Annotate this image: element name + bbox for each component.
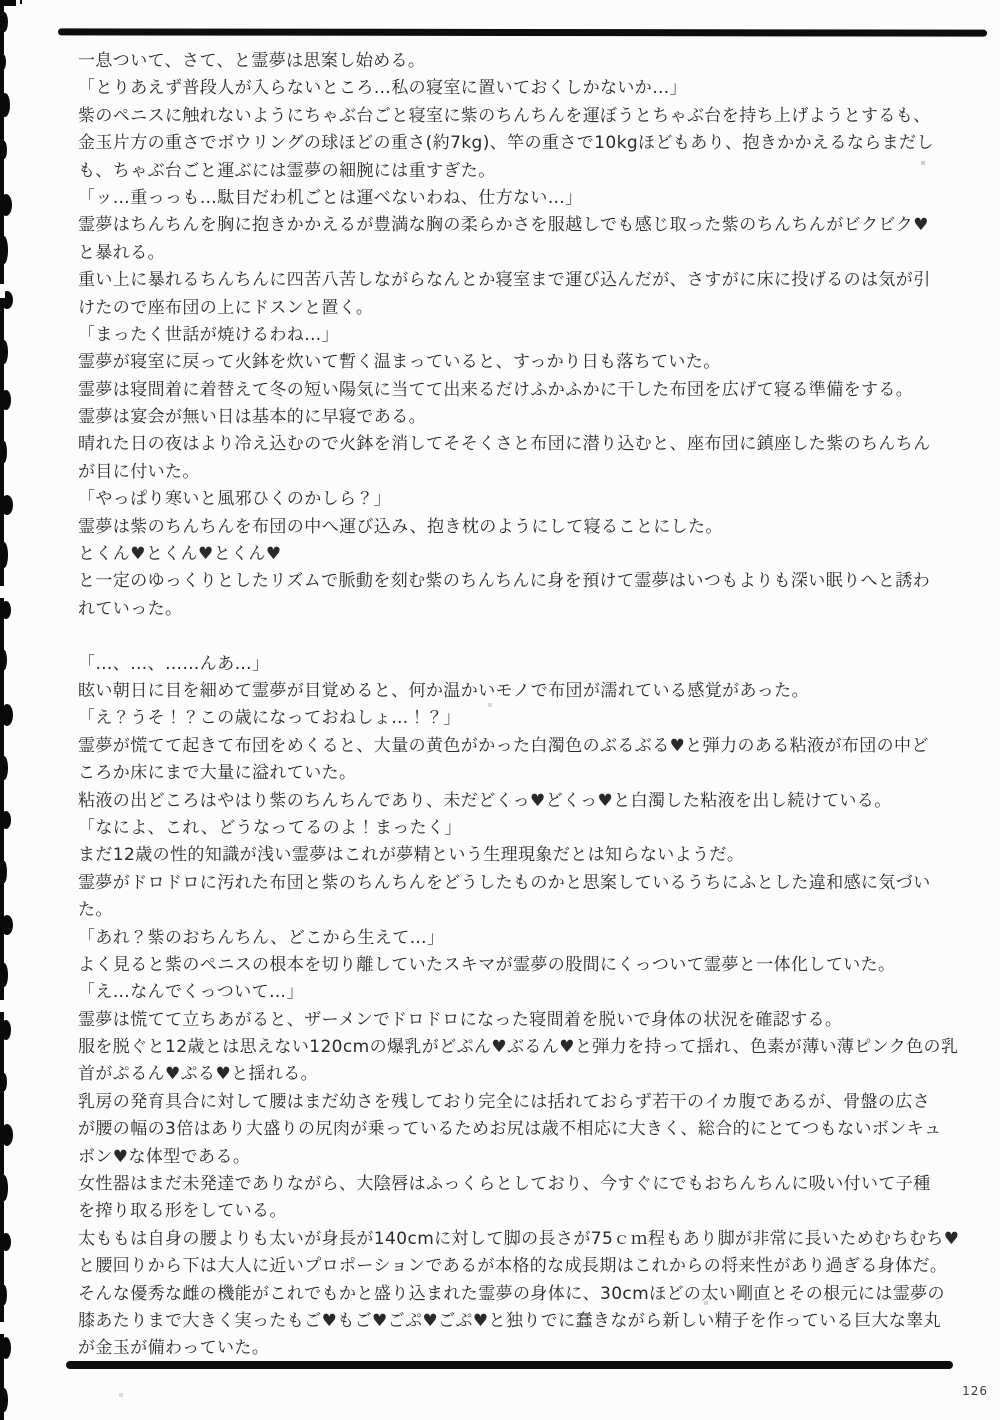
text-line: 「あれ？紫のおちんちん、どこから生えて…」 [78,925,992,952]
text-line [78,623,992,650]
text-line: 「ッ…重っっも…駄目だわ机ごとは運べないわね、仕方ない…」 [78,185,992,212]
text-line: 「とりあえず普段人が入らないところ…私の寝室に置いておくしかないか…」 [78,75,992,102]
text-line: とくん♥とくん♥とくん♥ [78,541,992,568]
text-line: けたので座布団の上にドスンと置く。 [78,295,992,322]
text-line: と腰回りから下は大人に近いプロポーションであるが本格的な成長期はこれからの将来性… [78,1253,992,1280]
text-line: 首がぷるん♥ぷる♥と揺れる。 [78,1061,992,1088]
document-page: 一息ついて、さて、と霊夢は思案し始める。「とりあえず普段人が入らないところ…私の… [0,0,1000,1420]
top-rule [58,28,987,36]
page-edge-artifact [0,0,22,1420]
text-line: が腰の幅の3倍はあり大盛りの尻肉が乗っているためお尻は歳不相応に大きく、総合的に… [78,1116,992,1143]
text-line: 重い上に暴れるちんちんに四苦八苦しながらなんとか寝室まで運び込んだが、さすがに床… [78,267,992,294]
text-line: を搾り取る形をしている。 [78,1198,992,1225]
text-line: た。 [78,897,992,924]
text-line: 膝あたりまで大きく実ったもご♥もご♥ごぷ♥ごぷ♥と独りでに蠢きながら新しい精子を… [78,1308,992,1335]
text-line: 霊夢がドロドロに汚れた布団と紫のちんちんをどうしたものかと思案しているうちにふと… [78,870,992,897]
text-line: 金玉片方の重さでボウリングの球ほどの重さ(約7kg)、竿の重さで10kgほどもあ… [78,130,992,157]
text-line: 「なによ、これ、どうなってるのよ！まったく」 [78,815,992,842]
text-line: 霊夢は寝間着に着替えて冬の短い陽気に当てて出来るだけふかふかに干した布団を広げて… [78,377,992,404]
text-line: 太ももは自身の腰よりも太いが身長が140cmに対して脚の長さが75ｃｍ程もあり脚… [78,1226,992,1253]
text-line: 「やっぱり寒いと風邪ひくのかしら？」 [78,486,992,513]
text-line: ころか床にまで大量に溢れていた。 [78,760,992,787]
text-line: と暴れる。 [78,240,992,267]
text-line: 「え？うそ！？この歳になっておねしょ…！？」 [78,705,992,732]
text-line: 霊夢は宴会が無い日は基本的に早寝である。 [78,404,992,431]
page-number: 126 [962,1384,988,1398]
text-line: 晴れた日の夜はより冷え込むので火鉢を消してそそくさと布団に潜り込むと、座布団に鎮… [78,431,992,458]
text-line: と一定のゆっくりとしたリズムで脈動を刻む紫のちんちんに身を預けて霊夢はいつもより… [78,568,992,595]
text-line: 粘液の出どころはやはり紫のちんちんであり、未だどくっ♥どくっ♥と白濁した粘液を出… [78,788,992,815]
text-line: 「まったく世話が焼けるわね…」 [78,322,992,349]
text-line: 霊夢はちんちんを胸に抱きかかえるが豊満な胸の柔らかさを服越しでも感じ取った紫のち… [78,212,992,239]
text-line: 紫のペニスに触れないようにちゃぶ台ごと寝室に紫のちんちんを運ぼうとちゃぶ台を持ち… [78,103,992,130]
text-line: そんな優秀な雌の機能がこれでもかと盛り込まれた霊夢の身体に、30cmほどの太い剛… [78,1281,992,1308]
paper-noise-specks [0,0,2,2]
text-line: 一息ついて、さて、と霊夢は思案し始める。 [78,48,992,75]
text-line: 霊夢は紫のちんちんを布団の中へ運び込み、抱き枕のようにして寝ることにした。 [78,514,992,541]
text-line: れていった。 [78,596,992,623]
text-line: 女性器はまだ未発達でありながら、大陰唇はふっくらとしており、今すぐにでもおちんち… [78,1171,992,1198]
text-line: 霊夢が慌てて起きて布団をめくると、大量の黄色がかった白濁色のぶるぶる♥と弾力のあ… [78,733,992,760]
text-line: 「…、…、……んあ…」 [78,651,992,678]
text-line: 眩い朝日に目を細めて霊夢が目覚めると、何か温かいモノで布団が濡れている感覚があっ… [78,678,992,705]
text-line: が金玉が備わっていた。 [78,1335,992,1362]
text-line: 「え…なんでくっついて…」 [78,979,992,1006]
text-line: ボン♥な体型である。 [78,1144,992,1171]
text-line: まだ12歳の性的知識が浅い霊夢はこれが夢精という生理現象だとは知らないようだ。 [78,842,992,869]
text-line: 服を脱ぐと12歳とは思えない120cmの爆乳がどぷん♥ぶるん♥と弾力を持って揺れ… [78,1034,992,1061]
text-line: 霊夢は慌てて立ちあがると、ザーメンでドロドロになった寝間着を脱いで身体の状況を確… [78,1007,992,1034]
text-line: が目に付いた。 [78,459,992,486]
text-line: よく見ると紫のペニスの根本を切り離していたスキマが霊夢の股間にくっついて霊夢と一… [78,952,992,979]
text-line: 霊夢が寝室に戻って火鉢を炊いて暫く温まっていると、すっかり日も落ちていた。 [78,349,992,376]
text-block: 一息ついて、さて、と霊夢は思案し始める。「とりあえず普段人が入らないところ…私の… [78,48,992,1363]
text-line: 乳房の発育具合に対して腰はまだ幼さを残しており完全には括れておらず若干のイカ腹で… [78,1089,992,1116]
text-line: も、ちゃぶ台ごと運ぶには霊夢の細腕には重すぎた。 [78,158,992,185]
